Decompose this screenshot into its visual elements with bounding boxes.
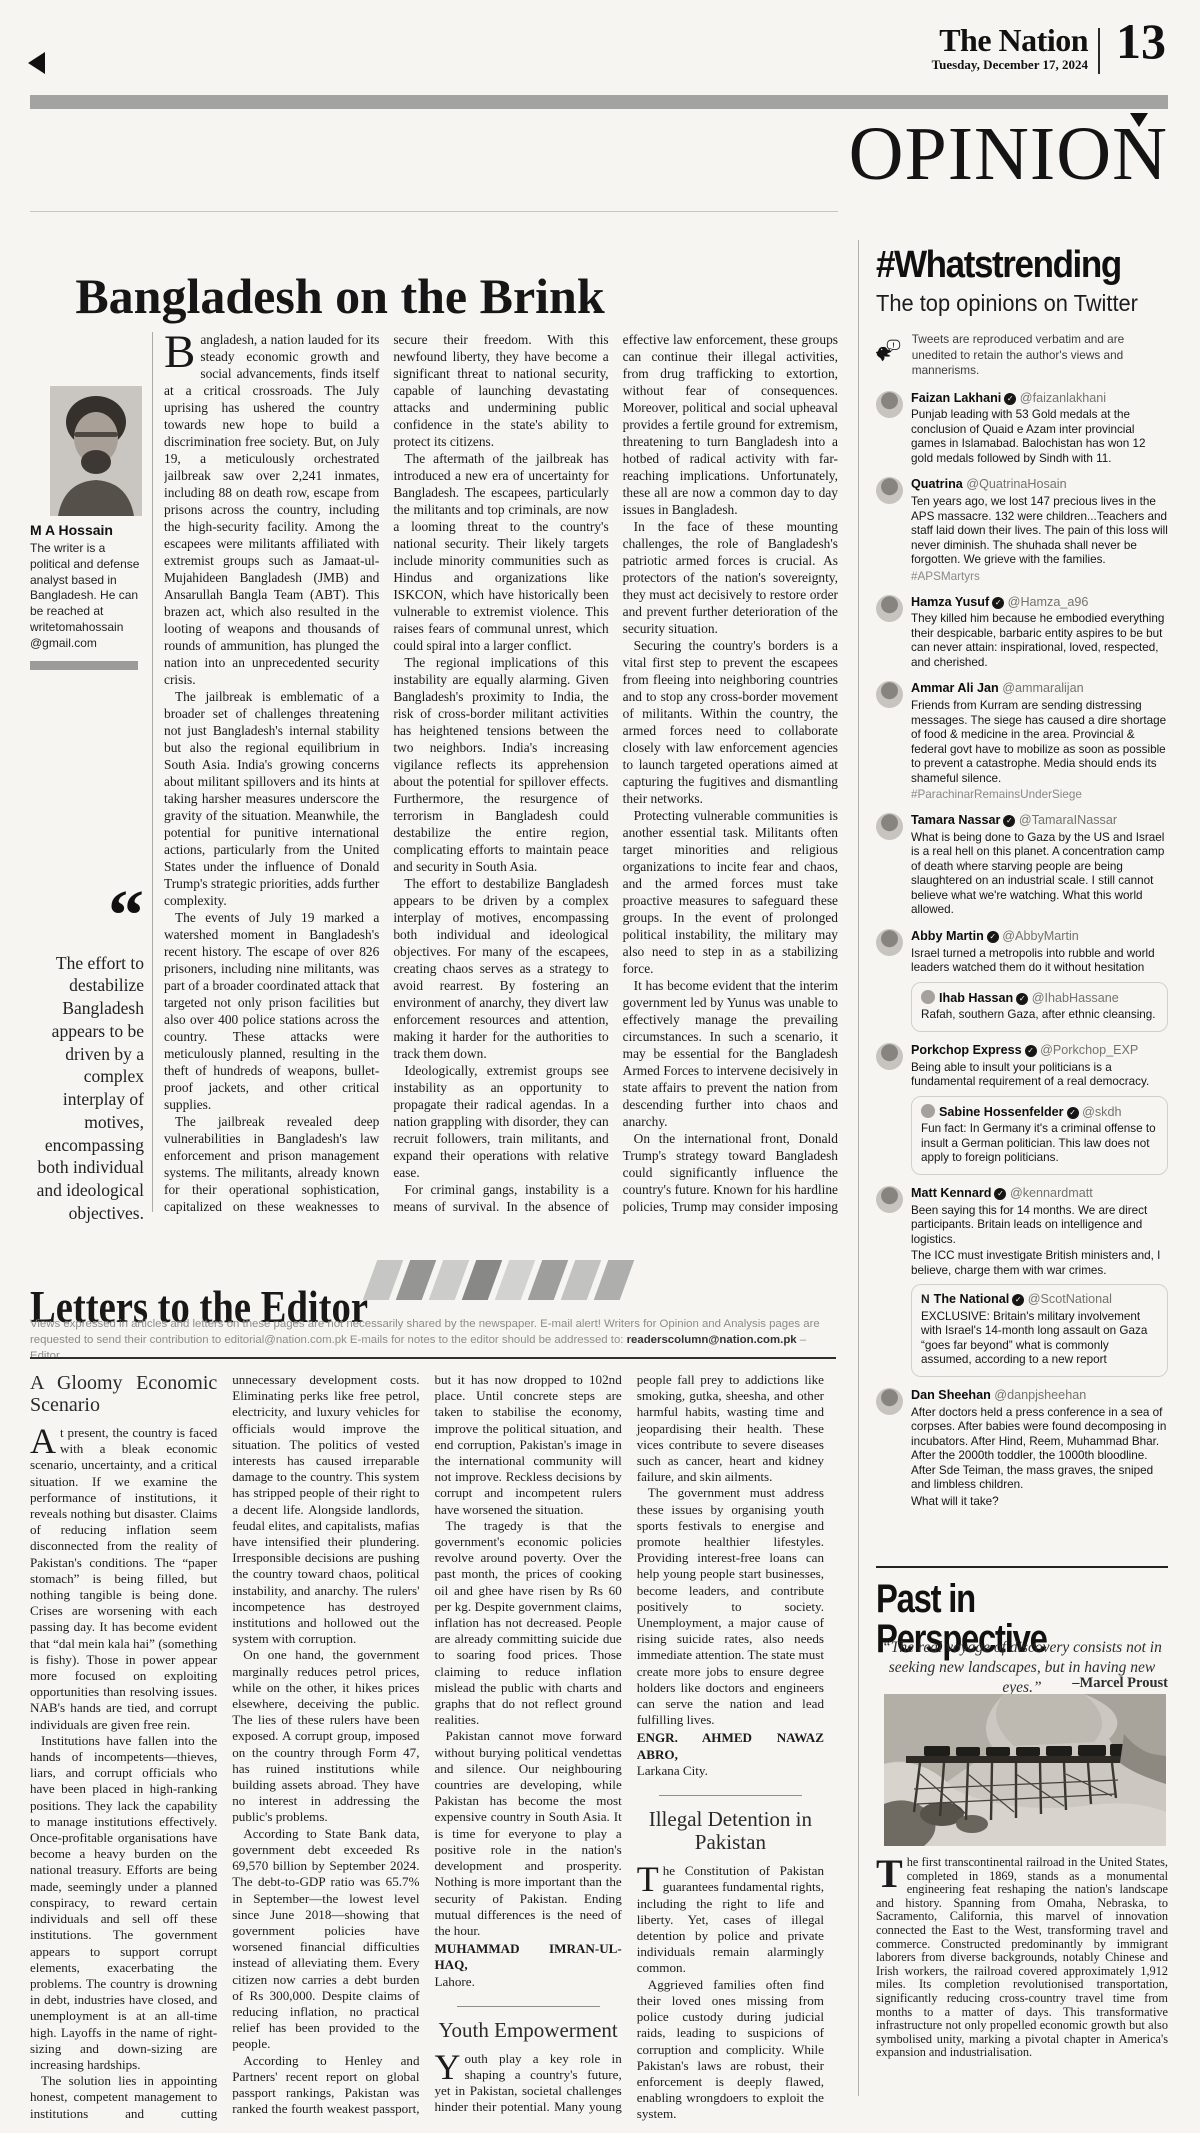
tweet-text: They killed him because he embodied ever… (911, 612, 1168, 670)
tweet-author: Ihab Hassan (939, 991, 1013, 1005)
tweet-text: Ten years ago, we lost 147 precious live… (911, 495, 1168, 568)
tweet: Quatrina @QuatrinaHosainTen years ago, w… (876, 477, 1168, 583)
tweet: Abby Martin✓ @AbbyMartinIsrael turned a … (876, 929, 1168, 1032)
tweet-handle: @skdh (1079, 1105, 1122, 1119)
author-block: M A Hossain The writer is a political an… (30, 386, 144, 670)
pull-quote: The effort to destabilize Bangladesh app… (26, 896, 144, 1225)
tweet-text: Israel turned a metropolis into rubble a… (911, 947, 1168, 976)
pull-quote-text: The effort to destabilize Bangladesh app… (26, 952, 144, 1225)
article-paragraph: Ideologically, extremist groups see inst… (393, 1062, 608, 1181)
quoted-tweet: Sabine Hossenfelder✓ @skdhFun fact: In G… (911, 1096, 1168, 1175)
tweet-header: Quatrina @QuatrinaHosain (911, 477, 1168, 493)
tweet-handle: @TamaraINassar (1015, 813, 1117, 827)
letter-paragraph: At present, the country is faced with a … (30, 1425, 217, 1733)
tweet: Dan Sheehan @danpjsheehanAfter doctors h… (876, 1388, 1168, 1509)
slash-bar (594, 1260, 635, 1300)
quoted-tweet-header: Sabine Hossenfelder✓ @skdh (921, 1104, 1158, 1121)
author-name: M A Hossain (30, 522, 144, 538)
letter-paragraph: The government must address these issues… (637, 1485, 824, 1728)
readers-email: readerscolumn@nation.com.pk (627, 1334, 797, 1346)
article-paragraph: Protecting vulnerable communities is ano… (623, 807, 838, 977)
masthead: The Nation Tuesday, December 17, 2024 (932, 24, 1088, 73)
section-title: OPINION (849, 116, 1168, 192)
article-paragraph: The regional implications of this instab… (393, 654, 608, 875)
tweet-text: The ICC must investigate British ministe… (911, 1249, 1168, 1278)
tweet-author: Quatrina (911, 477, 963, 491)
letter-paragraph: Pakistan cannot move forward without bur… (435, 1728, 622, 1939)
tweet-handle: @Porkchop_EXP (1037, 1043, 1139, 1057)
verified-icon: ✓ (1025, 1045, 1037, 1057)
svg-text:!: ! (892, 340, 894, 349)
article-paragraph: The effort to destabilize Bangladesh app… (393, 875, 608, 1062)
tweet: Hamza Yusuf✓ @Hamza_a96They killed him b… (876, 595, 1168, 671)
author-rail-divider (152, 332, 153, 1212)
letter-paragraph: Institutions have fallen into the hands … (30, 1733, 217, 2073)
quoted-tweet-text: Fun fact: In Germany it's a criminal off… (921, 1122, 1158, 1166)
article-body: Bangladesh, a nation lauded for its stea… (164, 331, 838, 1215)
tweet-handle: @ScotNational (1024, 1292, 1112, 1306)
tweet-body: Abby Martin✓ @AbbyMartinIsrael turned a … (911, 929, 1168, 1032)
tweet-body: Porkchop Express✓ @Porkchop_EXPBeing abl… (911, 1043, 1168, 1175)
tweet-author: Ammar Ali Jan (911, 681, 999, 695)
article-top-rule (30, 211, 838, 212)
quoted-tweet-header: Ihab Hassan✓ @IhabHassane (921, 990, 1158, 1007)
letter-paragraph: The tragedy is that the government's eco… (435, 1518, 622, 1729)
quote-icon (26, 896, 144, 936)
article-paragraph: In the face of these mounting challenges… (623, 518, 838, 637)
verified-icon: ✓ (1003, 815, 1015, 827)
tweet-list: Faizan Lakhani✓ @faizanlakhaniPunjab lea… (876, 391, 1168, 1509)
column-divider (858, 240, 859, 2096)
tweet: Porkchop Express✓ @Porkchop_EXPBeing abl… (876, 1043, 1168, 1175)
verified-icon: ✓ (1012, 1294, 1024, 1306)
tweet-handle: @danpjsheehan (991, 1388, 1086, 1402)
tweet-author: Abby Martin (911, 929, 984, 943)
verified-icon: ✓ (1016, 993, 1028, 1005)
avatar (876, 681, 903, 708)
tweet-header: Ammar Ali Jan @ammaralijan (911, 681, 1168, 697)
tweet-hashtag: #ParachinarRemainsUnderSiege (911, 788, 1168, 802)
avatar (876, 929, 903, 956)
past-body: The first transcontinental railroad in t… (876, 1856, 1168, 2098)
avatar (876, 1043, 903, 1070)
article-paragraph: Bangladesh, a nation lauded for its stea… (164, 331, 379, 688)
letter-heading: Youth Empowerment (435, 2019, 622, 2042)
tweet-handle: @Hamza_a96 (1004, 595, 1088, 609)
tweet-author: Sabine Hossenfelder (939, 1105, 1064, 1119)
author-bar (30, 661, 138, 670)
avatar (921, 1104, 935, 1118)
letters-decoration (370, 1260, 627, 1300)
letter-divider (659, 1795, 802, 1796)
letter-signature: MUHAMMAD IMRAN-UL-HAQ, (435, 1941, 622, 1973)
tweet-author: Hamza Yusuf (911, 595, 989, 609)
tweet-header: Hamza Yusuf✓ @Hamza_a96 (911, 595, 1168, 611)
letter-paragraph: The Constitution of Pakistan guarantees … (637, 1863, 824, 1976)
verified-icon: ✓ (987, 931, 999, 943)
tweet-body: Tamara Nassar✓ @TamaraINassarWhat is bei… (911, 813, 1168, 918)
author-photo (50, 386, 142, 516)
verified-icon: ✓ (1067, 1107, 1079, 1119)
newspaper-brand: The Nation (932, 24, 1088, 56)
past-rule (876, 1566, 1168, 1568)
newspaper-page: The Nation Tuesday, December 17, 2024 13… (0, 0, 1200, 2133)
letters-body: A Gloomy Economic ScenarioAt present, th… (30, 1372, 824, 2126)
tweet-body: Hamza Yusuf✓ @Hamza_a96They killed him b… (911, 595, 1168, 671)
letter-heading: Illegal Detention in Pakistan (637, 1808, 824, 1854)
author-bio: The writer is a political and defense an… (30, 541, 144, 652)
tweet: Matt Kennard✓ @kennardmattBeen saying th… (876, 1186, 1168, 1377)
tweet-author: Porkchop Express (911, 1043, 1022, 1057)
article-paragraph: The events of July 19 marked a watershed… (164, 909, 379, 1113)
avatar (921, 990, 935, 1004)
verified-icon: ✓ (1004, 393, 1016, 405)
tweet-body: Faizan Lakhani✓ @faizanlakhaniPunjab lea… (911, 391, 1168, 467)
page-number: 13 (1116, 16, 1166, 66)
letter-heading: A Gloomy Economic Scenario (30, 1372, 217, 1416)
tweet-body: Quatrina @QuatrinaHosainTen years ago, w… (911, 477, 1168, 583)
whatstrending-note-text: Tweets are reproduced verbatim and are u… (912, 329, 1168, 379)
tweet-author: Faizan Lakhani (911, 391, 1001, 405)
avatar (876, 595, 903, 622)
article-paragraph: The jailbreak is emblematic of a broader… (164, 688, 379, 909)
article-paragraph: It has become evident that the interim g… (623, 977, 838, 1130)
tweet-body: Matt Kennard✓ @kennardmattBeen saying th… (911, 1186, 1168, 1377)
issue-date: Tuesday, December 17, 2024 (932, 57, 1088, 73)
letter-divider (457, 2006, 600, 2007)
tweet-author: The National (934, 1292, 1010, 1306)
article-title: Bangladesh on the Brink (30, 270, 650, 323)
whatstrending-title: #Whatstrending (876, 246, 1145, 284)
tweet-author: Matt Kennard (911, 1186, 991, 1200)
avatar (876, 477, 903, 504)
quoted-tweet-text: Rafah, southern Gaza, after ethnic clean… (921, 1008, 1158, 1023)
quoted-tweet: NThe National✓ @ScotNationalEXCLUSIVE: B… (911, 1284, 1168, 1377)
tweet-body: Dan Sheehan @danpjsheehanAfter doctors h… (911, 1388, 1168, 1509)
letter-signature-location: Lahore. (435, 1974, 622, 1990)
verified-icon: ✓ (992, 597, 1004, 609)
letter-signature-location: Larkana City. (637, 1763, 824, 1779)
tweet-text: What will it take? (911, 1495, 1168, 1510)
tweet-body: Ammar Ali Jan @ammaralijanFriends from K… (911, 681, 1168, 802)
railroad-photo (884, 1694, 1166, 1846)
masthead-divider (1098, 28, 1100, 74)
avatar (876, 1186, 903, 1213)
twitter-bird-icon: ! (876, 329, 903, 373)
tweet-header: Abby Martin✓ @AbbyMartin (911, 929, 1168, 945)
whatstrending-section: #Whatstrending The top opinions on Twitt… (876, 246, 1168, 1520)
tweet-header: Porkchop Express✓ @Porkchop_EXP (911, 1043, 1168, 1059)
tweet-hashtag: #APSMartyrs (911, 570, 1168, 584)
tweet-text: Being able to insult your politicians is… (911, 1061, 1168, 1090)
avatar (876, 391, 903, 418)
tweet-handle: @QuatrinaHosain (963, 477, 1067, 491)
tweet-text: After doctors held a press conference in… (911, 1406, 1168, 1493)
corner-triangle-icon (28, 52, 45, 74)
tweet-handle: @faizanlakhani (1016, 391, 1106, 405)
tweet-header: Tamara Nassar✓ @TamaraINassar (911, 813, 1168, 829)
article-paragraph: Securing the country's borders is a vita… (623, 637, 838, 807)
letter-signature: ENGR. AHMED NAWAZ ABRO, (637, 1730, 824, 1762)
letter-paragraph: On one hand, the government marginally r… (232, 1647, 419, 1825)
tweet-text: What is being done to Gaza by the US and… (911, 831, 1168, 918)
tweet-text: Friends from Kurram are sending distress… (911, 699, 1168, 786)
quoted-tweet-header: NThe National✓ @ScotNational (921, 1292, 1158, 1308)
letters-rule (30, 1357, 836, 1359)
tweet-text: Punjab leading with 53 Gold medals at th… (911, 408, 1168, 466)
tweet-header: Faizan Lakhani✓ @faizanlakhani (911, 391, 1168, 407)
tweet-handle: @kennardmatt (1006, 1186, 1092, 1200)
tweet: Faizan Lakhani✓ @faizanlakhaniPunjab lea… (876, 391, 1168, 467)
tweet-handle: @IhabHassane (1028, 991, 1119, 1005)
quoted-tweet-text: EXCLUSIVE: Britain's military involvemen… (921, 1310, 1158, 1368)
letter-paragraph: Aggrieved families often find their love… (637, 1977, 824, 2123)
past-quote-attribution: –Marcel Proust (876, 1675, 1168, 1692)
tweet: Tamara Nassar✓ @TamaraINassarWhat is bei… (876, 813, 1168, 918)
verified-icon: ✓ (994, 1188, 1006, 1200)
letter-paragraph: According to State Bank data, government… (232, 1826, 419, 2053)
tweet-header: Dan Sheehan @danpjsheehan (911, 1388, 1168, 1404)
tweet-text: Been saying this for 14 months. We are d… (911, 1204, 1168, 1248)
article-paragraph: The aftermath of the jailbreak has intro… (393, 450, 608, 654)
avatar (876, 1388, 903, 1415)
quoted-tweet: Ihab Hassan✓ @IhabHassaneRafah, southern… (911, 982, 1168, 1032)
tweet-header: Matt Kennard✓ @kennardmatt (911, 1186, 1168, 1202)
whatstrending-subtitle: The top opinions on Twitter (876, 290, 1153, 317)
whatstrending-note: ! Tweets are reproduced verbatim and are… (876, 329, 1168, 379)
tweet-author: Tamara Nassar (911, 813, 1000, 827)
tweet-author: Dan Sheehan (911, 1388, 991, 1402)
quoted-source-logo: N (921, 1292, 930, 1306)
avatar (876, 813, 903, 840)
header-bar (30, 95, 1168, 109)
tweet: Ammar Ali Jan @ammaralijanFriends from K… (876, 681, 1168, 802)
tweet-handle: @ammaralijan (999, 681, 1084, 695)
tweet-handle: @AbbyMartin (999, 929, 1079, 943)
